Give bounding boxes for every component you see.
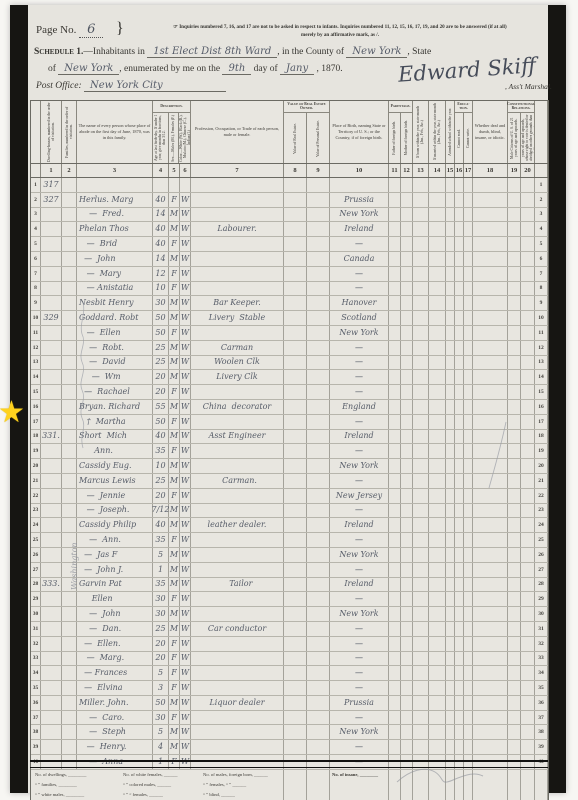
cell-c13 <box>413 311 429 325</box>
cell-c19 <box>508 178 521 192</box>
cell-c18 <box>473 311 508 325</box>
cell-c15 <box>446 533 455 547</box>
cell-color: W <box>180 607 191 621</box>
cell-personal <box>307 489 330 503</box>
cell-age: 30 <box>153 592 169 606</box>
cell-age: 5 <box>153 666 169 680</box>
cell-age: 40 <box>153 237 169 251</box>
totals-col19 <box>508 770 521 800</box>
census-row: 19 Ann.35FW—19 <box>31 444 548 459</box>
cell-c20 <box>521 193 535 207</box>
cell-c12 <box>401 696 413 710</box>
cell-personal <box>307 178 330 192</box>
cell-c20 <box>521 725 535 739</box>
hw-name: — Henry. <box>79 743 126 751</box>
post-office-value: New York City <box>84 80 226 92</box>
cell-family <box>62 341 77 355</box>
cell-dwelling: 333. <box>41 578 62 592</box>
census-row: 8 — Anistatia10FW—8 <box>31 282 548 297</box>
cell-c17 <box>464 740 473 754</box>
cell-birthplace: Canada <box>330 252 389 266</box>
cell-c12 <box>401 563 413 577</box>
cell-sex: F <box>169 444 180 458</box>
hw-age: 25 <box>155 477 165 485</box>
cell-real <box>284 533 307 547</box>
cell-sex: M <box>169 208 180 222</box>
cell-nR: 11 <box>535 326 548 340</box>
cell-age: 50 <box>153 311 169 325</box>
cell-nR: 39 <box>535 740 548 754</box>
cell-nR: 26 <box>535 548 548 562</box>
cell-c13 <box>413 518 429 532</box>
cell-birthplace: — <box>330 267 389 281</box>
cell-family <box>62 415 77 429</box>
cell-personal <box>307 607 330 621</box>
cell-c13 <box>413 592 429 606</box>
col-number-10: 10 <box>330 164 389 177</box>
col-dwelling-header: Dwelling-houses, numbered in the order o… <box>41 101 62 163</box>
cell-c13 <box>413 296 429 310</box>
cell-color: W <box>180 725 191 739</box>
cell-c11 <box>389 563 401 577</box>
cell-c11 <box>389 711 401 725</box>
cell-dwelling <box>41 504 62 518</box>
cell-c20 <box>521 652 535 666</box>
cell-c15 <box>446 518 455 532</box>
col-age-header: Age at last birth-day. If under 1 year, … <box>153 113 169 163</box>
cell-sex: M <box>169 725 180 739</box>
hw-birthplace: New York <box>339 462 378 470</box>
cell-n: 18 <box>31 430 41 444</box>
cell-n: 17 <box>31 415 41 429</box>
cell-dwelling <box>41 252 62 266</box>
hw-sex: F <box>171 196 177 204</box>
cell-nR: 35 <box>535 681 548 695</box>
cell-real <box>284 400 307 414</box>
cell-c12 <box>401 282 413 296</box>
census-row: 13171 <box>31 178 548 193</box>
cell-c13 <box>413 740 429 754</box>
cell-c13 <box>413 563 429 577</box>
col-number-3: 3 <box>77 164 153 177</box>
cell-birthplace: England <box>330 400 389 414</box>
cell-dwelling <box>41 725 62 739</box>
hw-occupation: Livery Stable <box>209 314 265 322</box>
cell-c13 <box>413 415 429 429</box>
cell-c19 <box>508 282 521 296</box>
cell-c14 <box>429 637 446 651</box>
cell-family <box>62 430 77 444</box>
cell-c12 <box>401 385 413 399</box>
cell-c13 <box>413 282 429 296</box>
cell-c13 <box>413 607 429 621</box>
inquiries-note-line1: ☞ Inquiries numbered 7, 16, and 17 are n… <box>130 24 550 32</box>
cell-c17 <box>464 666 473 680</box>
hw-age: 30 <box>155 610 165 618</box>
cell-color: W <box>180 252 191 266</box>
cell-name: — Steph <box>77 725 153 739</box>
cell-nR: 10 <box>535 311 548 325</box>
cell-birthplace: New York <box>330 607 389 621</box>
cell-c17 <box>464 622 473 636</box>
col-personalestate-header: Value of Personal Estate. <box>307 113 329 163</box>
state-fill: New York <box>58 63 119 75</box>
cell-c14 <box>429 222 446 236</box>
census-row: 26 — Jas F5MWNew York26 <box>31 548 548 563</box>
cell-personal <box>307 296 330 310</box>
cell-sex: F <box>169 681 180 695</box>
hw-color: W <box>181 447 189 455</box>
cell-sex: F <box>169 489 180 503</box>
cell-nR: 15 <box>535 385 548 399</box>
hw-sex: M <box>170 403 178 411</box>
cell-color: W <box>180 400 191 414</box>
cell-c16 <box>455 504 464 518</box>
cell-c20 <box>521 696 535 710</box>
hw-color: W <box>181 284 189 292</box>
totals-col21 <box>535 770 548 800</box>
cell-c16 <box>455 311 464 325</box>
cell-c15 <box>446 548 455 562</box>
hw-age: 30 <box>155 595 165 603</box>
hw-occupation: leather dealer. <box>208 521 267 529</box>
cell-real <box>284 592 307 606</box>
cell-sex: M <box>169 459 180 473</box>
census-row: 17 † Martha50FW—17 <box>31 415 548 430</box>
census-row: 4Phelan Thos40MWLabourer.Ireland4 <box>31 222 548 237</box>
cell-occupation: Tailor <box>191 578 284 592</box>
cell-c18 <box>473 518 508 532</box>
hw-sex: M <box>170 699 178 707</box>
cell-sex: M <box>169 370 180 384</box>
cell-age: 12 <box>153 267 169 281</box>
cell-c19 <box>508 504 521 518</box>
cell-c17 <box>464 178 473 192</box>
hw-age: 40 <box>155 196 165 204</box>
cell-n: 16 <box>31 400 41 414</box>
cell-real <box>284 622 307 636</box>
census-table: Dwelling-houses, numbered in the order o… <box>30 100 549 800</box>
hw-sex: F <box>171 714 177 722</box>
cell-c16 <box>455 296 464 310</box>
cell-c16 <box>455 400 464 414</box>
cell-c18 <box>473 666 508 680</box>
col-mother-foreign-header-text: Mother of foreign birth. <box>404 120 408 155</box>
table-header-row: Dwelling-houses, numbered in the order o… <box>31 101 548 164</box>
cell-real <box>284 578 307 592</box>
cell-c20 <box>521 415 535 429</box>
inquiries-note: ☞ Inquiries numbered 7, 16, and 17 are n… <box>130 24 550 39</box>
hw-age: 40 <box>155 432 165 440</box>
cell-c15 <box>446 311 455 325</box>
cell-c20 <box>521 592 535 606</box>
cell-family <box>62 740 77 754</box>
cell-birthplace: Prussia <box>330 193 389 207</box>
hw-dwelling: 329 <box>43 314 58 322</box>
cell-dwelling <box>41 711 62 725</box>
cell-c15 <box>446 489 455 503</box>
cell-nR: 2 <box>535 193 548 207</box>
cell-personal <box>307 666 330 680</box>
cell-c11 <box>389 607 401 621</box>
hw-sex: M <box>170 432 178 440</box>
hw-color: W <box>181 270 189 278</box>
cell-color: W <box>180 518 191 532</box>
cell-c14 <box>429 622 446 636</box>
cell-personal <box>307 267 330 281</box>
cell-nR: 29 <box>535 592 548 606</box>
cell-occupation <box>191 267 284 281</box>
census-row: 20Cassidy Eug.10MWNew York20 <box>31 459 548 474</box>
cell-c17 <box>464 725 473 739</box>
cell-color: W <box>180 356 191 370</box>
cell-c16 <box>455 563 464 577</box>
cell-birthplace: — <box>330 592 389 606</box>
page-number-value: 6 <box>79 22 103 38</box>
cell-c18 <box>473 696 508 710</box>
cell-c11 <box>389 430 401 444</box>
cell-n: 30 <box>31 607 41 621</box>
cell-n: 32 <box>31 637 41 651</box>
cell-c13 <box>413 489 429 503</box>
cell-c18 <box>473 504 508 518</box>
cell-c17 <box>464 282 473 296</box>
cell-c14 <box>429 518 446 532</box>
hw-age: 50 <box>155 314 165 322</box>
cell-family <box>62 326 77 340</box>
census-row: 31 — Dan.25MWCar conductor—31 <box>31 622 548 637</box>
col-number-20: 20 <box>521 164 535 177</box>
col-number-17: 17 <box>464 164 473 177</box>
hw-sex: F <box>171 270 177 278</box>
cell-name <box>77 178 153 192</box>
group-constitutional-title: Constitutional Relations. <box>508 101 534 113</box>
cell-personal <box>307 385 330 399</box>
cell-birthplace: Ireland <box>330 578 389 592</box>
cell-c11 <box>389 178 401 192</box>
cell-nR: 5 <box>535 237 548 251</box>
cell-c16 <box>455 267 464 281</box>
hw-birthplace: — <box>355 388 363 396</box>
cell-c16 <box>455 444 464 458</box>
cell-c12 <box>401 622 413 636</box>
hw-name: — Ann. <box>79 536 121 544</box>
hw-age: 40 <box>155 225 165 233</box>
cell-c20 <box>521 430 535 444</box>
cell-color: W <box>180 504 191 518</box>
cell-c19 <box>508 222 521 236</box>
cell-c20 <box>521 444 535 458</box>
margin-street-note: Washington <box>70 455 79 590</box>
cell-family <box>62 356 77 370</box>
cell-occupation <box>191 252 284 266</box>
highlight-star-icon[interactable]: ★ <box>0 398 25 428</box>
hw-color: W <box>181 373 189 381</box>
cell-age: 10 <box>153 282 169 296</box>
cell-c16 <box>455 385 464 399</box>
col-male-citizen-header: Male Citizens of U. S. of 21 years of ag… <box>508 113 521 163</box>
cell-c11 <box>389 208 401 222</box>
cell-occupation <box>191 740 284 754</box>
hw-sex: M <box>170 225 178 233</box>
cell-c17 <box>464 637 473 651</box>
cell-c17 <box>464 193 473 207</box>
cell-nR: 12 <box>535 341 548 355</box>
hw-age: 35 <box>155 580 165 588</box>
cell-name: Cassidy Philip <box>77 518 153 532</box>
cell-c16 <box>455 430 464 444</box>
cell-c17 <box>464 267 473 281</box>
cell-c20 <box>521 400 535 414</box>
hw-sex: M <box>170 344 178 352</box>
cell-real <box>284 326 307 340</box>
hw-age: 20 <box>155 654 165 662</box>
cell-nR: 16 <box>535 400 548 414</box>
cell-personal <box>307 578 330 592</box>
col-school-header-text: Attended school within the year. <box>448 108 452 156</box>
cell-c14 <box>429 341 446 355</box>
cell-c15 <box>446 652 455 666</box>
cell-real <box>284 370 307 384</box>
cell-occupation <box>191 711 284 725</box>
hw-birthplace: — <box>355 418 363 426</box>
totals-text-block: No. of dwellings, ________No. of white f… <box>31 770 284 800</box>
hw-age: 5 <box>158 669 163 677</box>
cell-real <box>284 385 307 399</box>
cell-name: Garvin Pat <box>77 578 153 592</box>
col-family-header-text: Families, numbered in the order of visit… <box>65 102 73 162</box>
hw-name: — Caro. <box>79 714 124 722</box>
cell-c17 <box>464 430 473 444</box>
cell-c13 <box>413 430 429 444</box>
hw-name: Cassidy Eug. <box>79 462 132 470</box>
cell-dwelling <box>41 237 62 251</box>
schedule-of: of <box>48 64 56 74</box>
cell-c13 <box>413 681 429 695</box>
cell-dwelling <box>41 474 62 488</box>
totals-l2a: “ ” families, ________ <box>35 782 123 792</box>
cell-family <box>62 696 77 710</box>
totals-l3a: “ ” white males, ________ <box>35 792 123 800</box>
cell-c17 <box>464 548 473 562</box>
cell-c17 <box>464 356 473 370</box>
cell-real <box>284 356 307 370</box>
cell-c11 <box>389 400 401 414</box>
cell-c16 <box>455 666 464 680</box>
cell-birthplace: Prussia <box>330 696 389 710</box>
cell-c20 <box>521 222 535 236</box>
col-personalestate-header-text: Value of Personal Estate. <box>316 120 320 157</box>
cell-c11 <box>389 252 401 266</box>
cell-real <box>284 252 307 266</box>
hw-birthplace: — <box>355 566 363 574</box>
cell-sex: F <box>169 666 180 680</box>
cell-c18 <box>473 282 508 296</box>
totals-col20 <box>521 770 535 800</box>
cell-c15 <box>446 592 455 606</box>
cell-personal <box>307 711 330 725</box>
cell-occupation <box>191 326 284 340</box>
cell-c11 <box>389 740 401 754</box>
cell-c17 <box>464 444 473 458</box>
cell-c20 <box>521 267 535 281</box>
cell-real <box>284 666 307 680</box>
cell-real <box>284 311 307 325</box>
cell-age: 20 <box>153 637 169 651</box>
hw-color: W <box>181 684 189 692</box>
hw-age: 30 <box>155 299 165 307</box>
cell-family <box>62 296 77 310</box>
cell-c16 <box>455 652 464 666</box>
hw-age: 20 <box>155 492 165 500</box>
cell-c12 <box>401 474 413 488</box>
cell-age: 40 <box>153 518 169 532</box>
cell-c16 <box>455 178 464 192</box>
cell-n: 37 <box>31 711 41 725</box>
cell-c12 <box>401 178 413 192</box>
hw-age: 30 <box>155 714 165 722</box>
cell-nR: 17 <box>535 415 548 429</box>
col-number-9: 9 <box>307 164 330 177</box>
cell-c15 <box>446 341 455 355</box>
hw-occupation: Labourer. <box>217 225 256 233</box>
cell-color: W <box>180 711 191 725</box>
cell-dwelling <box>41 622 62 636</box>
cell-c17 <box>464 459 473 473</box>
cell-c13 <box>413 637 429 651</box>
cell-c16 <box>455 370 464 384</box>
cell-personal <box>307 415 330 429</box>
cell-c16 <box>455 326 464 340</box>
cell-c18 <box>473 607 508 621</box>
hw-color: W <box>181 418 189 426</box>
cell-c13 <box>413 341 429 355</box>
cell-color: W <box>180 563 191 577</box>
cell-c14 <box>429 725 446 739</box>
cell-real <box>284 652 307 666</box>
hw-name: — Jennie <box>79 492 125 500</box>
cell-color: W <box>180 489 191 503</box>
cell-n: 7 <box>31 267 41 281</box>
cell-personal <box>307 252 330 266</box>
cell-occupation: China decorator <box>191 400 284 414</box>
cell-name: — Caro. <box>77 711 153 725</box>
group-education-title: Educa-tion. <box>455 101 472 113</box>
col-number-16: 16 <box>455 164 464 177</box>
cell-occupation <box>191 637 284 651</box>
hw-age: 10 <box>155 462 165 470</box>
hw-birthplace: Ireland <box>344 521 373 529</box>
cell-age: 50 <box>153 326 169 340</box>
cell-color: W <box>180 666 191 680</box>
cell-c19 <box>508 622 521 636</box>
cell-c15 <box>446 237 455 251</box>
cell-sex: M <box>169 296 180 310</box>
cell-c17 <box>464 681 473 695</box>
group-value-estate: Value of Real Estate Owned.Value of Real… <box>284 101 330 163</box>
col-vote-denied-header-text: Male Citizens of U. S. of 21 years of ag… <box>521 114 534 162</box>
cell-occupation <box>191 652 284 666</box>
cell-c15 <box>446 563 455 577</box>
cell-c20 <box>521 326 535 340</box>
cell-sex: M <box>169 696 180 710</box>
cell-n: 1 <box>31 178 41 192</box>
cell-c14 <box>429 548 446 562</box>
cell-c17 <box>464 711 473 725</box>
cell-c12 <box>401 356 413 370</box>
hw-birthplace: England <box>342 403 376 411</box>
hw-sex: F <box>171 595 177 603</box>
